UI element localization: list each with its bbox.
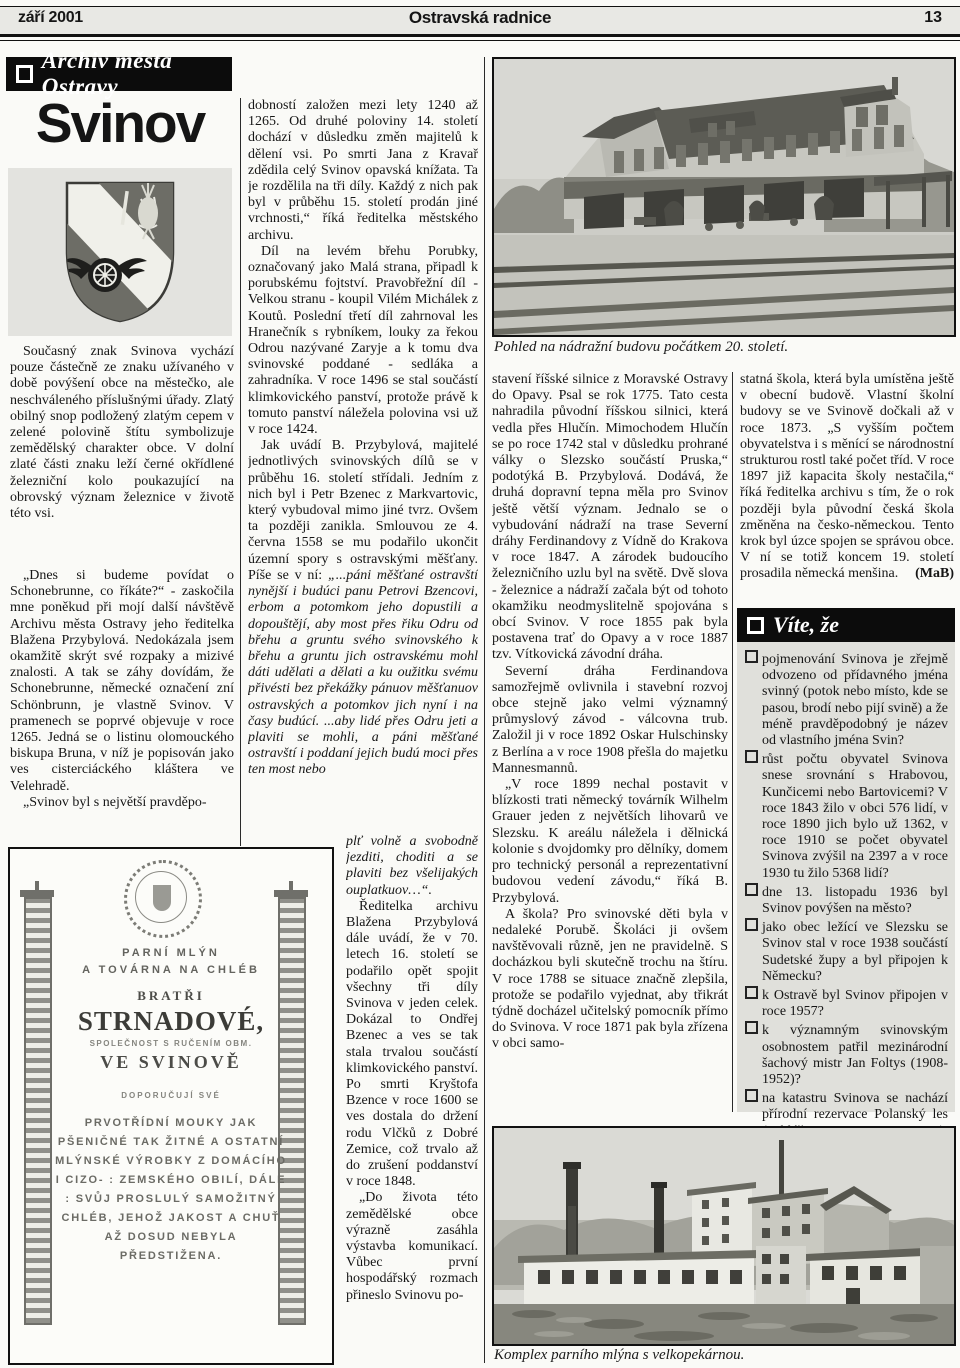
square-bullet-icon — [16, 65, 33, 83]
vite-ze-banner: Víte, že — [737, 608, 955, 642]
square-bullet-icon — [745, 650, 758, 663]
list-item: jako obec ležící ve Slezsku se Svinov st… — [745, 918, 948, 985]
list-item-text: k významným svinovským osobnostem patřil… — [762, 1023, 948, 1087]
paragraph: stavení říšské silnice z Moravské Ostrav… — [492, 372, 728, 664]
list-item-text: pojmenování Svinova je zřejmě odvozeno o… — [762, 652, 948, 748]
paragraph-intro: Jak uvádí B. Przybylová, majitelé jednot… — [248, 438, 478, 583]
newspaper-title: Ostravská radnice — [0, 8, 960, 28]
paragraph: „Dnes si budeme povídat o Schonebrunne, … — [10, 568, 234, 795]
paragraph: „V roce 1899 nechal postavit v blízkosti… — [492, 777, 728, 907]
advert-brand-prefix: BRATŘI — [54, 988, 288, 1004]
coat-of-arms-panel — [8, 168, 232, 336]
paragraph: Ředitelka archivu Blažena Przybylová dál… — [346, 899, 478, 1191]
list-item-text: dne 13. listopadu 1936 byl Svinov povýše… — [762, 885, 948, 916]
vite-ze-list: pojmenování Svinova je zřejmě odvozeno o… — [745, 650, 948, 1172]
station-photo-caption: Pohled na nádražní budovu počátkem 20. s… — [494, 339, 954, 356]
mill-photo — [492, 1126, 956, 1346]
square-bullet-icon — [745, 883, 758, 896]
paragraph: Současný znak Svinova vychází pouze část… — [10, 344, 234, 522]
vite-ze-box: pojmenování Svinova je zřejmě odvozeno o… — [737, 642, 955, 1112]
newspaper-page: září 2001 Ostravská radnice 13 Archiv mě… — [0, 0, 960, 1368]
paragraph: „Do života této zemědělské obce výrazně … — [346, 1190, 478, 1303]
square-bullet-icon — [745, 750, 758, 763]
column1-paragraph-block: Současný znak Svinova vychází pouze část… — [10, 344, 234, 540]
paragraph: Severní dráha Ferdinandova samozřejmě ov… — [492, 664, 728, 777]
square-bullet-icon — [745, 918, 758, 931]
square-bullet-icon — [745, 986, 758, 999]
header-rule-thin — [0, 40, 960, 41]
paragraph: statná škola, která byla umístěna ještě … — [740, 372, 954, 583]
article-headline: Svinov — [8, 96, 232, 151]
section-banner: Archiv města Ostravy — [6, 57, 232, 91]
column2-narrow-block: plť volně a svobodně jezditi, choditi a … — [346, 834, 478, 1364]
column1-lower-block: „Dnes si budeme povídat o Schonebrunne, … — [10, 568, 234, 844]
station-photo-drawing — [494, 59, 954, 335]
column2-wide-block: dobností založen mezi lety 1240 až 1265.… — [248, 98, 478, 833]
paragraph: Jak uvádí B. Przybylová, majitelé jednot… — [248, 438, 478, 778]
vite-ze-title: Víte, že — [773, 612, 839, 638]
paragraph: dobností založen mezi lety 1240 až 1265.… — [248, 98, 478, 244]
advert-offer-intro: DOPORUČUJÍ SVÉ — [54, 1091, 288, 1100]
historic-quote: „...páni měšťané ostravští nynější i bud… — [248, 568, 478, 777]
paragraph-text: statná škola, která byla umístěna ještě … — [740, 372, 954, 581]
square-bullet-icon — [745, 1021, 758, 1034]
mill-photo-drawing — [494, 1128, 954, 1344]
column-divider — [484, 57, 485, 1363]
square-bullet-icon — [747, 617, 764, 634]
advert-offer-body: PRVOTŘÍDNÍ MOUKY JAK PŠENIČNÉ TAK ŽITNÉ … — [54, 1114, 288, 1266]
advert-left-column-ornament — [24, 897, 52, 1325]
column3-block: stavení říšské silnice z Moravské Ostrav… — [492, 372, 728, 1116]
coat-of-arms-icon — [59, 179, 181, 325]
paragraph: A škola? Pro svinovské děti byla v nedal… — [492, 907, 728, 1053]
list-item-text: růst počtu obyvatel Svinova snese srovná… — [762, 752, 948, 880]
advert-brand-subtitle: SPOLEČNOST S RUČENÍM OBM. — [54, 1039, 288, 1048]
author-byline: (MaB) — [915, 566, 954, 582]
strnadove-advert: PARNÍ MLÝN A TOVÁRNA NA CHLÉB BRATŘI STR… — [8, 847, 334, 1365]
paragraph: „Svinov byl s největší pravděpo- — [10, 795, 234, 811]
station-photo — [492, 57, 956, 337]
list-item-text: jako obec ležící ve Slezsku se Svinov st… — [762, 920, 948, 984]
square-bullet-icon — [745, 1089, 758, 1102]
seal-crest — [153, 885, 171, 911]
column-divider — [732, 372, 733, 1112]
list-item: pojmenování Svinova je zřejmě odvozeno o… — [745, 650, 948, 749]
list-item: dne 13. listopadu 1936 byl Svinov povýše… — [745, 883, 948, 917]
column4-block: statná škola, která byla umístěna ještě … — [740, 372, 954, 604]
advert-brand: STRNADOVÉ, — [54, 1006, 288, 1037]
company-seal-icon — [124, 860, 202, 938]
page-number: 13 — [924, 9, 942, 27]
header-rule-thick — [0, 34, 960, 37]
mill-photo-caption: Komplex parního mlýna s velkopekárnou. — [494, 1347, 954, 1364]
advert-line: PARNÍ MLÝN — [54, 945, 288, 962]
list-item-text: k Ostravě byl Svinov připojen v roce 195… — [762, 988, 948, 1019]
column-divider — [240, 98, 241, 846]
advert-place: VE SVINOVĚ — [54, 1052, 288, 1073]
advert-text: PARNÍ MLÝN A TOVÁRNA NA CHLÉB BRATŘI STR… — [54, 945, 288, 1266]
paragraph: Díl na levém břehu Porubky, označovaný j… — [248, 244, 478, 438]
list-item: k Ostravě byl Svinov připojen v roce 195… — [745, 986, 948, 1020]
advert-line: A TOVÁRNA NA CHLÉB — [54, 962, 288, 979]
list-item: k významným svinovským osobnostem patřil… — [745, 1021, 948, 1088]
historic-quote-end: plť volně a svobodně jezditi, choditi a … — [346, 834, 478, 899]
list-item: růst počtu obyvatel Svinova snese srovná… — [745, 750, 948, 882]
